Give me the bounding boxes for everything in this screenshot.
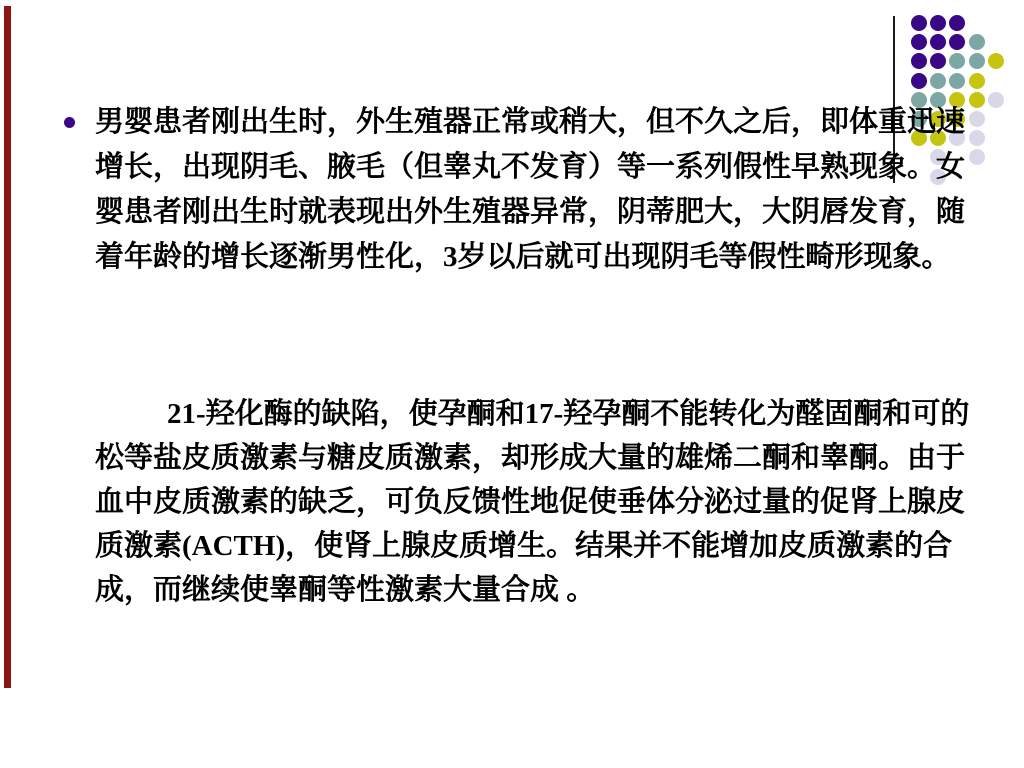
bullet-paragraph-line: 着年龄的增长逐渐男性化，3岁以后就可出现阴毛等假性畸形现象。: [95, 235, 975, 280]
body-paragraph-line: 松等盐皮质激素与糖皮质激素，却形成大量的雄烯二酮和睾酮。由于: [95, 436, 980, 480]
body-paragraph-line: 21-羟化酶的缺陷，使孕酮和17-羟孕酮不能转化为醛固酮和可的: [95, 392, 980, 436]
bullet-icon: [64, 117, 75, 128]
bullet-paragraph: 男婴患者刚出生时，外生殖器正常或稍大，但不久之后，即体重迅速 增长，出现阴毛、腋…: [95, 100, 975, 280]
body-paragraph-line: 成，而继续使睾酮等性激素大量合成 。: [95, 568, 980, 612]
decor-dot: [911, 34, 927, 50]
decor-dot: [911, 73, 927, 89]
decor-dot: [949, 53, 965, 69]
body-paragraph-line: 血中皮质激素的缺乏，可负反馈性地促使垂体分泌过量的促肾上腺皮: [95, 480, 980, 524]
bullet-paragraph-line: 男婴患者刚出生时，外生殖器正常或稍大，但不久之后，即体重迅速: [95, 100, 975, 145]
decor-dot: [930, 34, 946, 50]
body-paragraph: 21-羟化酶的缺陷，使孕酮和17-羟孕酮不能转化为醛固酮和可的 松等盐皮质激素与…: [95, 392, 980, 612]
decor-dot: [930, 15, 946, 31]
decor-dot: [930, 53, 946, 69]
bullet-paragraph-line: 增长，出现阴毛、腋毛（但睾丸不发育）等一系列假性早熟现象。女: [95, 145, 975, 190]
decor-dot: [911, 53, 927, 69]
decor-dot: [969, 34, 985, 50]
decor-dot: [949, 34, 965, 50]
slide: 男婴患者刚出生时，外生殖器正常或稍大，但不久之后，即体重迅速 增长，出现阴毛、腋…: [0, 0, 1024, 768]
decor-dot: [930, 73, 946, 89]
decor-dot: [911, 15, 927, 31]
decor-dot: [969, 53, 985, 69]
body-paragraph-line: 质激素(ACTH)，使肾上腺皮质增生。结果并不能增加皮质激素的合: [95, 524, 980, 568]
decor-dot: [988, 53, 1004, 69]
decor-dot: [949, 73, 965, 89]
decor-dot: [988, 92, 1004, 108]
decor-dot: [969, 73, 985, 89]
decor-dot: [949, 15, 965, 31]
bullet-paragraph-line: 婴患者刚出生时就表现出外生殖器异常，阴蒂肥大，大阴唇发育，随: [95, 190, 975, 235]
